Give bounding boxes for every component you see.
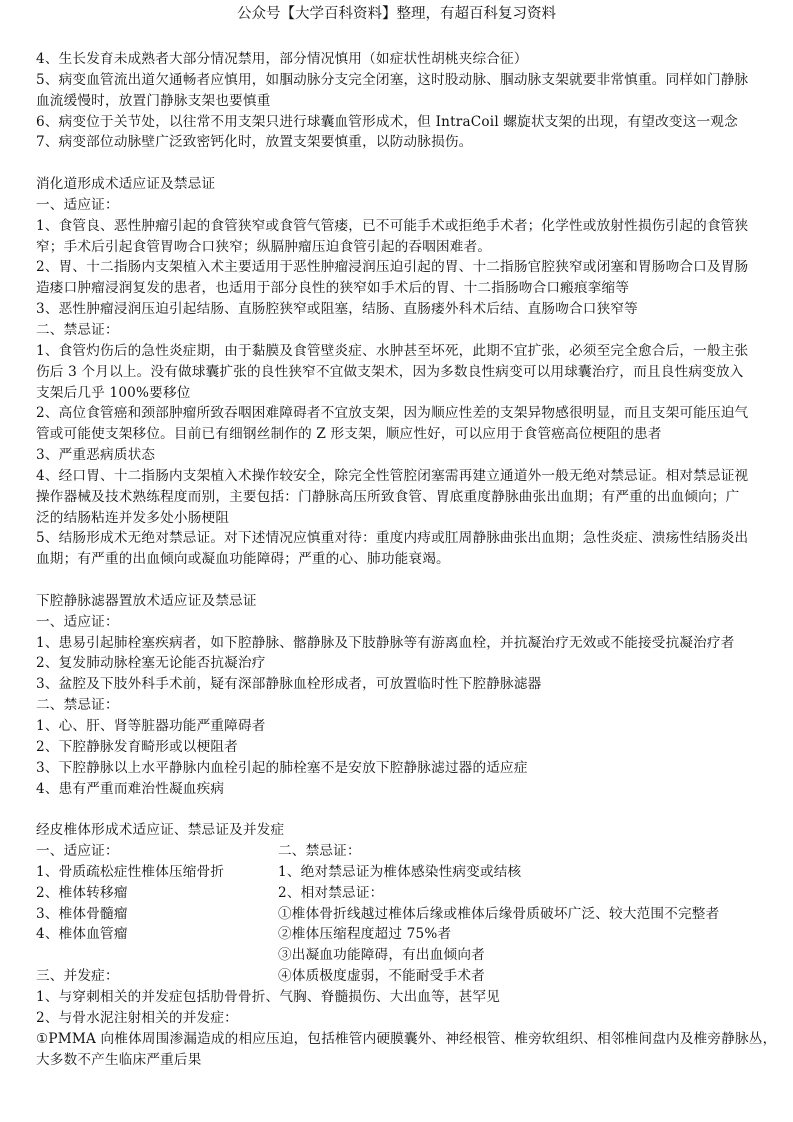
list-item: 操作器械及技术熟练程度而别，主要包括：门静脉高压所致食管、胃底重度静脉曲张出血期… [36,487,761,508]
list-item: 4、患有严重而难治性凝血疾病 [36,779,761,800]
spacer [36,570,761,591]
list-item: 2、复发肺动脉栓塞无论能否抗凝治疗 [36,653,761,674]
list-item: ①PMMA 向椎体周围渗漏造成的相应压迫，包括椎管内硬膜囊外、神经根管、椎旁软组… [36,1029,761,1050]
right-cell: ③出凝血功能障碍，有出血倾向者 [278,945,761,966]
left-cell: 1、骨质疏松症性椎体压缩骨折 [36,862,278,883]
stent-contraindications-list: 4、生长发育未成熟者大部分情况禁用，部分情况慎用（如症状性胡桃夹综合征） 5、病… [36,49,761,153]
spacer [36,153,761,174]
list-item: 1、与穿刺相关的并发症包括肋骨骨折、气胸、脊髓损伤、大出血等，甚罕见 [36,987,761,1008]
list-item: 5、结肠形成术无绝对禁忌证。对下述情况应慎重对待：重度内痔或肛周静脉曲张出血期；… [36,528,761,549]
list-item: 5、病变血管流出道欠通畅者应慎用，如腘动脉分支完全闭塞，这时股动脉、腘动脉支架就… [36,70,761,91]
two-column-row: 4、椎体血管瘤 ②椎体压缩程度超过 75%者 [36,924,761,945]
list-item: 泛的结肠粘连并发多处小肠梗阻 [36,508,761,529]
list-item: 4、经口胃、十二指肠内支架植入术操作较安全，除完全性管腔闭塞需再建立通道外一般无… [36,466,761,487]
spacer [36,799,761,820]
list-item: 6、病变位于关节处，以往常不用支架只进行球囊血管形成术，但 IntraCoil … [36,112,761,133]
right-cell: 2、相对禁忌证： [278,883,761,904]
list-item: 1、食管良、恶性肿瘤引起的食管狭窄或食管气管瘘，已不可能手术或拒绝手术者；化学性… [36,216,761,237]
list-item: 2、高位食管癌和颈部肿瘤所致吞咽困难障碍者不宜放支架，因为顺应性差的支架异物感很… [36,403,761,424]
right-cell: 1、绝对禁忌证为椎体感染性病变或结核 [278,862,761,883]
list-item: 2、下腔静脉发育畸形或以梗阻者 [36,737,761,758]
left-cell: 3、椎体骨髓瘤 [36,904,278,925]
list-item: 管或可能使支架移位。目前已有细钢丝制作的 Z 形支架，顺应性好，可以应用于食管癌… [36,424,761,445]
left-cell: 2、椎体转移瘤 [36,883,278,904]
list-item: 血期；有严重的出血倾向或凝血功能障碍；严重的心、肺功能衰竭。 [36,549,761,570]
list-item: 二、禁忌证： [36,695,761,716]
left-cell: 一、适应证： [36,841,278,862]
two-column-row: 三、并发症： ④体质极度虚弱，不能耐受手术者 [36,966,761,987]
list-item: 4、生长发育未成熟者大部分情况禁用，部分情况慎用（如症状性胡桃夹综合征） [36,49,761,70]
list-item: 血流缓慢时，放置门静脉支架也要慎重 [36,91,761,112]
section-title: 经皮椎体形成术适应证、禁忌证及并发症 [36,820,761,841]
list-item: 造瘘口肿瘤浸润复发的患者，也适用于部分良性的狭窄如手术后的胃、十二指肠吻合口瘢痕… [36,278,761,299]
list-item: 窄；手术后引起食管胃吻合口狭窄；纵膈肿瘤压迫食管引起的吞咽困难者。 [36,237,761,258]
list-item: 一、适应证： [36,195,761,216]
left-cell: 三、并发症： [36,966,278,987]
page-header: 公众号【大学百科资料】整理，有超百科复习资料 [0,4,793,24]
list-item: 3、严重恶病质状态 [36,445,761,466]
section-ivc-filter: 下腔静脉滤器置放术适应证及禁忌证 一、适应证： 1、患易引起肺栓塞疾病者，如下腔… [36,591,761,799]
section-title: 下腔静脉滤器置放术适应证及禁忌证 [36,591,761,612]
list-item: 1、食管灼伤后的急性炎症期，由于黏膜及食管壁炎症、水肿甚至坏死，此期不宜扩张，必… [36,341,761,362]
right-cell: ②椎体压缩程度超过 75%者 [278,924,761,945]
left-cell: 4、椎体血管瘤 [36,924,278,945]
list-item: 3、恶性肿瘤浸润压迫引起结肠、直肠腔狭窄或阻塞，结肠、直肠瘘外科术后结、直肠吻合… [36,299,761,320]
right-cell: ④体质极度虚弱，不能耐受手术者 [278,966,761,987]
two-column-row: 3、椎体骨髓瘤 ①椎体骨折线越过椎体后缘或椎体后缘骨质破坏广泛、较大范围不完整者 [36,904,761,925]
list-item: 2、胃、十二指肠内支架植入术主要适用于恶性肿瘤浸润压迫引起的胃、十二指肠官腔狭窄… [36,257,761,278]
list-item: 3、下腔静脉以上水平静脉内血栓引起的肺栓塞不是安放下腔静脉滤过器的适应症 [36,758,761,779]
two-column-row: 1、骨质疏松症性椎体压缩骨折 1、绝对禁忌证为椎体感染性病变或结核 [36,862,761,883]
list-item: 3、盆腔及下肢外科手术前，疑有深部静脉血栓形成者，可放置临时性下腔静脉滤器 [36,674,761,695]
two-column-row: 2、椎体转移瘤 2、相对禁忌证： [36,883,761,904]
list-item: 1、患易引起肺栓塞疾病者，如下腔静脉、髂静脉及下肢静脉等有游离血栓，并抗凝治疗无… [36,633,761,654]
right-cell: 二、禁忌证： [278,841,761,862]
list-item: 伤后 3 个月以上。没有做球囊扩张的良性狭窄不宜做支架术，因为多数良性病变可以用… [36,362,761,383]
list-item: 1、心、肝、肾等脏器功能严重障碍者 [36,716,761,737]
two-column-row: ③出凝血功能障碍，有出血倾向者 [36,945,761,966]
list-item: 一、适应证： [36,612,761,633]
list-item: 大多数不产生临床严重后果 [36,1050,761,1071]
left-cell [36,945,278,966]
list-item: 二、禁忌证： [36,320,761,341]
two-column-row: 一、适应证： 二、禁忌证： [36,841,761,862]
section-title: 消化道形成术适应证及禁忌证 [36,174,761,195]
section-vertebroplasty: 经皮椎体形成术适应证、禁忌证及并发症 一、适应证： 二、禁忌证： 1、骨质疏松症… [36,820,761,1070]
section-digestive-tract: 消化道形成术适应证及禁忌证 一、适应证： 1、食管良、恶性肿瘤引起的食管狭窄或食… [36,174,761,570]
right-cell: ①椎体骨折线越过椎体后缘或椎体后缘骨质破坏广泛、较大范围不完整者 [278,904,761,925]
list-item: 2、与骨水泥注射相关的并发症： [36,1008,761,1029]
list-item: 支架后几乎 100%要移位 [36,383,761,404]
list-item: 7、病变部位动脉壁广泛致密钙化时，放置支架要慎重，以防动脉损伤。 [36,132,761,153]
document-body: 4、生长发育未成熟者大部分情况禁用，部分情况慎用（如症状性胡桃夹综合征） 5、病… [36,49,761,1070]
